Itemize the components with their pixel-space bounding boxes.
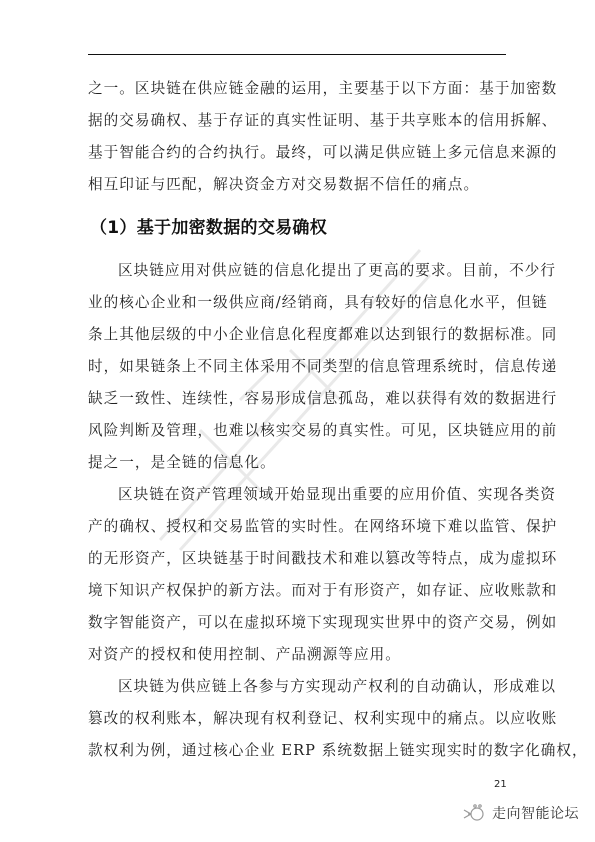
brand-name: 走向智能论坛 [492,803,579,823]
document-page: 之一。区块链在供应链金融的运用，主要基于以下方面：基于加密数 据的交易确权、基于… [0,0,595,842]
text-line: 风险判断及管理，也难以核实交易的真实性。可见，区块链应用的前 [88,421,508,441]
text-line: 时，如果链条上不同主体采用不同类型的信息管理系统时，信息传递 [88,357,508,377]
header-rule [88,54,506,55]
page-number: 21 [494,779,507,790]
text-line: 基于智能合约的合约执行。最终，可以满足供应链上多元信息来源的 [88,143,508,163]
text-line: 区块链应用对供应链的信息化提出了更高的要求。目前，不少行 [88,261,508,281]
wechat-official-account-icon [462,802,486,824]
text-line: 款权利为例，通过核心企业 ERP 系统数据上链实现实时的数字化确权， [88,741,508,761]
text-line: 产的确权、授权和交易监管的实时性。在网络环境下难以监管、保护 [88,517,508,537]
text-line: 之一。区块链在供应链金融的运用，主要基于以下方面：基于加密数 [88,79,508,99]
text-line: 据的交易确权、基于存证的真实性证明、基于共享账本的信用拆解、 [88,111,508,131]
text-line: 缺乏一致性、连续性，容易形成信息孤岛，难以获得有效的数据进行 [88,389,508,409]
text-line: 业的核心企业和一级供应商/经销商，具有较好的信息化水平，但链 [88,293,508,313]
section-heading: （1）基于加密数据的交易确权 [90,216,327,240]
text-line: 条上其他层级的中小企业信息化程度都难以达到银行的数据标准。同 [88,325,508,345]
footer-brand: 走向智能论坛 [462,802,579,824]
text-line: 区块链为供应链上各参与方实现动产权利的自动确认，形成难以 [88,677,508,697]
text-line: 篡改的权利账本，解决现有权利登记、权利实现中的痛点。以应收账 [88,709,508,729]
text-line: 区块链在资产管理领域开始显现出重要的应用价值、实现各类资 [88,485,508,505]
text-line: 提之一，是全链的信息化。 [88,453,508,473]
text-line: 的无形资产，区块链基于时间戳技术和难以篡改等特点，成为虚拟环 [88,549,508,569]
text-line: 境下知识产权保护的新方法。而对于有形资产，如存证、应收账款和 [88,581,508,601]
text-line: 相互印证与匹配，解决资金方对交易数据不信任的痛点。 [88,175,508,195]
text-line: 数字智能资产，可以在虚拟环境下实现现实世界中的资产交易，例如 [88,613,508,633]
text-line: 对资产的授权和使用控制、产品溯源等应用。 [88,645,508,665]
